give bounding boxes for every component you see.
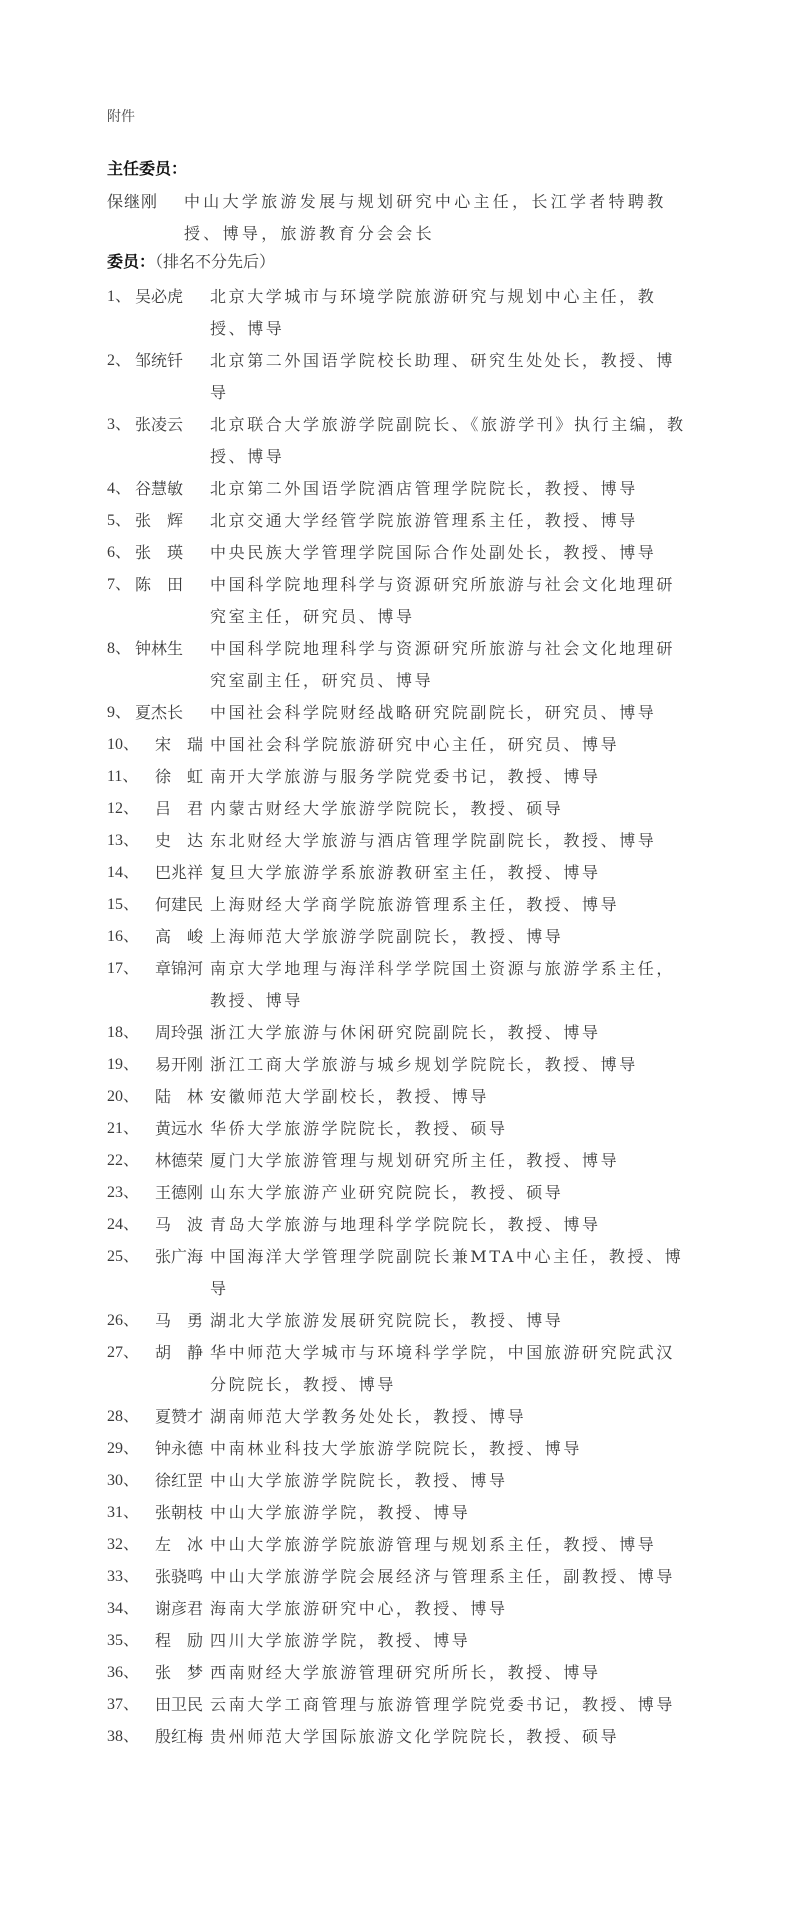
member-item: 35、程 励四川大学旅游学院，教授、博导 bbox=[107, 1625, 747, 1657]
member-item: 10、宋 瑞中国社会科学院旅游研究中心主任，研究员、博导 bbox=[107, 729, 747, 761]
member-description: 厦门大学旅游管理与规划研究所主任，教授、博导 bbox=[210, 1145, 690, 1177]
member-description: 上海财经大学商学院旅游管理系主任，教授、博导 bbox=[210, 889, 690, 921]
member-description: 西南财经大学旅游管理研究所所长，教授、博导 bbox=[210, 1657, 690, 1689]
member-item: 1、吴必虎北京大学城市与环境学院旅游研究与规划中心主任，教授、博导 bbox=[107, 281, 747, 345]
member-name: 谢彦君 bbox=[155, 1593, 210, 1625]
member-name: 吴必虎 bbox=[135, 281, 210, 313]
member-description: 四川大学旅游学院，教授、博导 bbox=[210, 1625, 690, 1657]
member-number: 15、 bbox=[107, 889, 155, 921]
member-number: 5、 bbox=[107, 505, 135, 537]
member-description: 山东大学旅游产业研究院院长，教授、硕导 bbox=[210, 1177, 690, 1209]
member-number: 12、 bbox=[107, 793, 155, 825]
member-number: 16、 bbox=[107, 921, 155, 953]
member-number: 8、 bbox=[107, 633, 135, 665]
member-description: 湖南师范大学教务处处长，教授、博导 bbox=[210, 1401, 690, 1433]
member-number: 31、 bbox=[107, 1497, 155, 1529]
member-number: 37、 bbox=[107, 1689, 155, 1721]
member-item: 18、周玲强浙江大学旅游与休闲研究院副院长，教授、博导 bbox=[107, 1017, 747, 1049]
member-item: 2、邹统钎北京第二外国语学院校长助理、研究生处处长，教授、博导 bbox=[107, 345, 747, 409]
member-item: 33、张骁鸣中山大学旅游学院会展经济与管理系主任，副教授、博导 bbox=[107, 1561, 747, 1593]
member-item: 4、谷慧敏北京第二外国语学院酒店管理学院院长，教授、博导 bbox=[107, 473, 747, 505]
member-description: 湖北大学旅游发展研究院院长，教授、博导 bbox=[210, 1305, 690, 1337]
member-name: 左 冰 bbox=[155, 1529, 210, 1561]
chair-section-title: 主任委员： bbox=[107, 156, 187, 179]
member-name: 夏杰长 bbox=[135, 697, 210, 729]
member-name: 张 辉 bbox=[135, 505, 210, 537]
member-number: 25、 bbox=[107, 1241, 155, 1273]
member-item: 20、陆 林安徽师范大学副校长，教授、博导 bbox=[107, 1081, 747, 1113]
member-number: 36、 bbox=[107, 1657, 155, 1689]
member-number: 21、 bbox=[107, 1113, 155, 1145]
member-item: 14、巴兆祥复旦大学旅游学系旅游教研室主任，教授、博导 bbox=[107, 857, 747, 889]
document-page: 附件 主任委员： 保继刚 中山大学旅游发展与规划研究中心主任，长江学者特聘教授、… bbox=[0, 0, 793, 1922]
member-item: 15、何建民上海财经大学商学院旅游管理系主任，教授、博导 bbox=[107, 889, 747, 921]
member-description: 中国科学院地理科学与资源研究所旅游与社会文化地理研究室副主任，研究员、博导 bbox=[210, 633, 690, 697]
member-description: 上海师范大学旅游学院副院长，教授、博导 bbox=[210, 921, 690, 953]
member-number: 17、 bbox=[107, 953, 155, 985]
member-number: 26、 bbox=[107, 1305, 155, 1337]
member-name: 殷红梅 bbox=[155, 1721, 210, 1753]
member-name: 谷慧敏 bbox=[135, 473, 210, 505]
member-description: 浙江大学旅游与休闲研究院副院长，教授、博导 bbox=[210, 1017, 690, 1049]
member-name: 陆 林 bbox=[155, 1081, 210, 1113]
member-description: 北京联合大学旅游学院副院长、《旅游学刊》执行主编，教授、博导 bbox=[210, 409, 690, 473]
member-number: 11、 bbox=[107, 761, 155, 793]
member-number: 14、 bbox=[107, 857, 155, 889]
member-description: 云南大学工商管理与旅游管理学院党委书记，教授、博导 bbox=[210, 1689, 690, 1721]
member-name: 史 达 bbox=[155, 825, 210, 857]
member-name: 钟永德 bbox=[155, 1433, 210, 1465]
member-description: 中国社会科学院旅游研究中心主任，研究员、博导 bbox=[210, 729, 690, 761]
member-item: 24、马 波青岛大学旅游与地理科学学院院长，教授、博导 bbox=[107, 1209, 747, 1241]
member-item: 32、左 冰中山大学旅游学院旅游管理与规划系主任，教授、博导 bbox=[107, 1529, 747, 1561]
member-name: 何建民 bbox=[155, 889, 210, 921]
member-number: 29、 bbox=[107, 1433, 155, 1465]
member-number: 6、 bbox=[107, 537, 135, 569]
member-description: 贵州师范大学国际旅游文化学院院长，教授、硕导 bbox=[210, 1721, 690, 1753]
member-name: 徐 虹 bbox=[155, 761, 210, 793]
member-name: 高 峻 bbox=[155, 921, 210, 953]
member-description: 青岛大学旅游与地理科学学院院长，教授、博导 bbox=[210, 1209, 690, 1241]
member-description: 海南大学旅游研究中心，教授、博导 bbox=[210, 1593, 690, 1625]
member-name: 邹统钎 bbox=[135, 345, 210, 377]
member-name: 王德刚 bbox=[155, 1177, 210, 1209]
member-name: 张骁鸣 bbox=[155, 1561, 210, 1593]
member-description: 安徽师范大学副校长，教授、博导 bbox=[210, 1081, 690, 1113]
member-name: 程 励 bbox=[155, 1625, 210, 1657]
member-number: 38、 bbox=[107, 1721, 155, 1753]
chair-description: 中山大学旅游发展与规划研究中心主任，长江学者特聘教授、博导，旅游教育分会会长 bbox=[184, 186, 684, 250]
member-item: 31、张朝枝中山大学旅游学院，教授、博导 bbox=[107, 1497, 747, 1529]
member-name: 章锦河 bbox=[155, 953, 210, 985]
member-description: 中国海洋大学管理学院副院长兼MTA中心主任，教授、博导 bbox=[210, 1241, 690, 1305]
member-number: 32、 bbox=[107, 1529, 155, 1561]
member-item: 22、林德荣厦门大学旅游管理与规划研究所主任，教授、博导 bbox=[107, 1145, 747, 1177]
member-number: 22、 bbox=[107, 1145, 155, 1177]
members-note: （排名不分先后） bbox=[155, 252, 275, 271]
member-number: 28、 bbox=[107, 1401, 155, 1433]
chair-name: 保继刚 bbox=[107, 186, 158, 218]
member-description: 华中师范大学城市与环境科学学院，中国旅游研究院武汉分院院长，教授、博导 bbox=[210, 1337, 690, 1401]
member-item: 37、田卫民云南大学工商管理与旅游管理学院党委书记，教授、博导 bbox=[107, 1689, 747, 1721]
member-name: 夏赞才 bbox=[155, 1401, 210, 1433]
member-number: 33、 bbox=[107, 1561, 155, 1593]
members-section-title: 委员：（排名不分先后） bbox=[107, 249, 275, 272]
member-number: 35、 bbox=[107, 1625, 155, 1657]
member-number: 30、 bbox=[107, 1465, 155, 1497]
member-description: 东北财经大学旅游与酒店管理学院副院长，教授、博导 bbox=[210, 825, 690, 857]
member-item: 9、夏杰长中国社会科学院财经战略研究院副院长，研究员、博导 bbox=[107, 697, 747, 729]
member-item: 23、王德刚山东大学旅游产业研究院院长，教授、硕导 bbox=[107, 1177, 747, 1209]
member-item: 6、张 瑛中央民族大学管理学院国际合作处副处长，教授、博导 bbox=[107, 537, 747, 569]
member-number: 7、 bbox=[107, 569, 135, 601]
member-name: 宋 瑞 bbox=[155, 729, 210, 761]
member-item: 25、张广海中国海洋大学管理学院副院长兼MTA中心主任，教授、博导 bbox=[107, 1241, 747, 1305]
member-number: 27、 bbox=[107, 1337, 155, 1369]
member-description: 南开大学旅游与服务学院党委书记，教授、博导 bbox=[210, 761, 690, 793]
member-description: 内蒙古财经大学旅游学院院长，教授、硕导 bbox=[210, 793, 690, 825]
member-description: 南京大学地理与海洋科学学院国土资源与旅游学系主任，教授、博导 bbox=[210, 953, 690, 1017]
member-item: 3、张凌云北京联合大学旅游学院副院长、《旅游学刊》执行主编，教授、博导 bbox=[107, 409, 747, 473]
member-description: 浙江工商大学旅游与城乡规划学院院长，教授、博导 bbox=[210, 1049, 690, 1081]
member-number: 3、 bbox=[107, 409, 135, 441]
member-item: 17、章锦河南京大学地理与海洋科学学院国土资源与旅游学系主任，教授、博导 bbox=[107, 953, 747, 1017]
member-description: 中国社会科学院财经战略研究院副院长，研究员、博导 bbox=[210, 697, 690, 729]
member-item: 11、徐 虹南开大学旅游与服务学院党委书记，教授、博导 bbox=[107, 761, 747, 793]
member-name: 林德荣 bbox=[155, 1145, 210, 1177]
member-item: 7、陈 田中国科学院地理科学与资源研究所旅游与社会文化地理研究室主任，研究员、博… bbox=[107, 569, 747, 633]
member-number: 24、 bbox=[107, 1209, 155, 1241]
member-item: 34、谢彦君海南大学旅游研究中心，教授、博导 bbox=[107, 1593, 747, 1625]
member-item: 5、张 辉北京交通大学经管学院旅游管理系主任，教授、博导 bbox=[107, 505, 747, 537]
member-name: 周玲强 bbox=[155, 1017, 210, 1049]
member-name: 易开刚 bbox=[155, 1049, 210, 1081]
member-description: 中山大学旅游学院，教授、博导 bbox=[210, 1497, 690, 1529]
member-description: 北京交通大学经管学院旅游管理系主任，教授、博导 bbox=[210, 505, 690, 537]
member-name: 陈 田 bbox=[135, 569, 210, 601]
member-item: 19、易开刚浙江工商大学旅游与城乡规划学院院长，教授、博导 bbox=[107, 1049, 747, 1081]
member-name: 田卫民 bbox=[155, 1689, 210, 1721]
member-item: 28、夏赞才湖南师范大学教务处处长，教授、博导 bbox=[107, 1401, 747, 1433]
member-number: 23、 bbox=[107, 1177, 155, 1209]
member-name: 徐红罡 bbox=[155, 1465, 210, 1497]
member-name: 钟林生 bbox=[135, 633, 210, 665]
member-item: 30、徐红罡中山大学旅游学院院长，教授、博导 bbox=[107, 1465, 747, 1497]
chair-entry: 保继刚 中山大学旅游发展与规划研究中心主任，长江学者特聘教授、博导，旅游教育分会… bbox=[107, 186, 707, 250]
member-number: 19、 bbox=[107, 1049, 155, 1081]
member-name: 张朝枝 bbox=[155, 1497, 210, 1529]
member-description: 中南林业科技大学旅游学院院长，教授、博导 bbox=[210, 1433, 690, 1465]
member-item: 27、胡 静华中师范大学城市与环境科学学院，中国旅游研究院武汉分院院长，教授、博… bbox=[107, 1337, 747, 1401]
member-name: 巴兆祥 bbox=[155, 857, 210, 889]
member-number: 34、 bbox=[107, 1593, 155, 1625]
members-title: 委员： bbox=[107, 252, 155, 271]
member-item: 8、钟林生中国科学院地理科学与资源研究所旅游与社会文化地理研究室副主任，研究员、… bbox=[107, 633, 747, 697]
member-description: 复旦大学旅游学系旅游教研室主任，教授、博导 bbox=[210, 857, 690, 889]
member-number: 10、 bbox=[107, 729, 155, 761]
member-description: 中山大学旅游学院会展经济与管理系主任，副教授、博导 bbox=[210, 1561, 690, 1593]
member-item: 13、史 达东北财经大学旅游与酒店管理学院副院长，教授、博导 bbox=[107, 825, 747, 857]
member-description: 中山大学旅游学院旅游管理与规划系主任，教授、博导 bbox=[210, 1529, 690, 1561]
member-item: 36、张 梦西南财经大学旅游管理研究所所长，教授、博导 bbox=[107, 1657, 747, 1689]
member-name: 张凌云 bbox=[135, 409, 210, 441]
member-item: 16、高 峻上海师范大学旅游学院副院长，教授、博导 bbox=[107, 921, 747, 953]
member-number: 9、 bbox=[107, 697, 135, 729]
member-name: 胡 静 bbox=[155, 1337, 210, 1369]
member-description: 中央民族大学管理学院国际合作处副处长，教授、博导 bbox=[210, 537, 690, 569]
member-number: 13、 bbox=[107, 825, 155, 857]
member-description: 华侨大学旅游学院院长，教授、硕导 bbox=[210, 1113, 690, 1145]
member-description: 中国科学院地理科学与资源研究所旅游与社会文化地理研究室主任，研究员、博导 bbox=[210, 569, 690, 633]
member-name: 吕 君 bbox=[155, 793, 210, 825]
member-description: 北京第二外国语学院酒店管理学院院长，教授、博导 bbox=[210, 473, 690, 505]
attachment-label: 附件 bbox=[107, 106, 135, 126]
members-list: 1、吴必虎北京大学城市与环境学院旅游研究与规划中心主任，教授、博导2、邹统钎北京… bbox=[107, 281, 747, 1753]
member-number: 4、 bbox=[107, 473, 135, 505]
member-name: 张 瑛 bbox=[135, 537, 210, 569]
member-name: 张 梦 bbox=[155, 1657, 210, 1689]
member-description: 北京大学城市与环境学院旅游研究与规划中心主任，教授、博导 bbox=[210, 281, 690, 345]
member-description: 北京第二外国语学院校长助理、研究生处处长，教授、博导 bbox=[210, 345, 690, 409]
member-item: 21、黄远水华侨大学旅游学院院长，教授、硕导 bbox=[107, 1113, 747, 1145]
member-item: 12、吕 君内蒙古财经大学旅游学院院长，教授、硕导 bbox=[107, 793, 747, 825]
member-number: 2、 bbox=[107, 345, 135, 377]
member-name: 张广海 bbox=[155, 1241, 210, 1273]
member-number: 18、 bbox=[107, 1017, 155, 1049]
member-number: 20、 bbox=[107, 1081, 155, 1113]
member-number: 1、 bbox=[107, 281, 135, 313]
member-item: 29、钟永德中南林业科技大学旅游学院院长，教授、博导 bbox=[107, 1433, 747, 1465]
member-item: 26、马 勇湖北大学旅游发展研究院院长，教授、博导 bbox=[107, 1305, 747, 1337]
member-item: 38、殷红梅贵州师范大学国际旅游文化学院院长，教授、硕导 bbox=[107, 1721, 747, 1753]
member-name: 马 勇 bbox=[155, 1305, 210, 1337]
member-name: 黄远水 bbox=[155, 1113, 210, 1145]
member-name: 马 波 bbox=[155, 1209, 210, 1241]
member-description: 中山大学旅游学院院长，教授、博导 bbox=[210, 1465, 690, 1497]
